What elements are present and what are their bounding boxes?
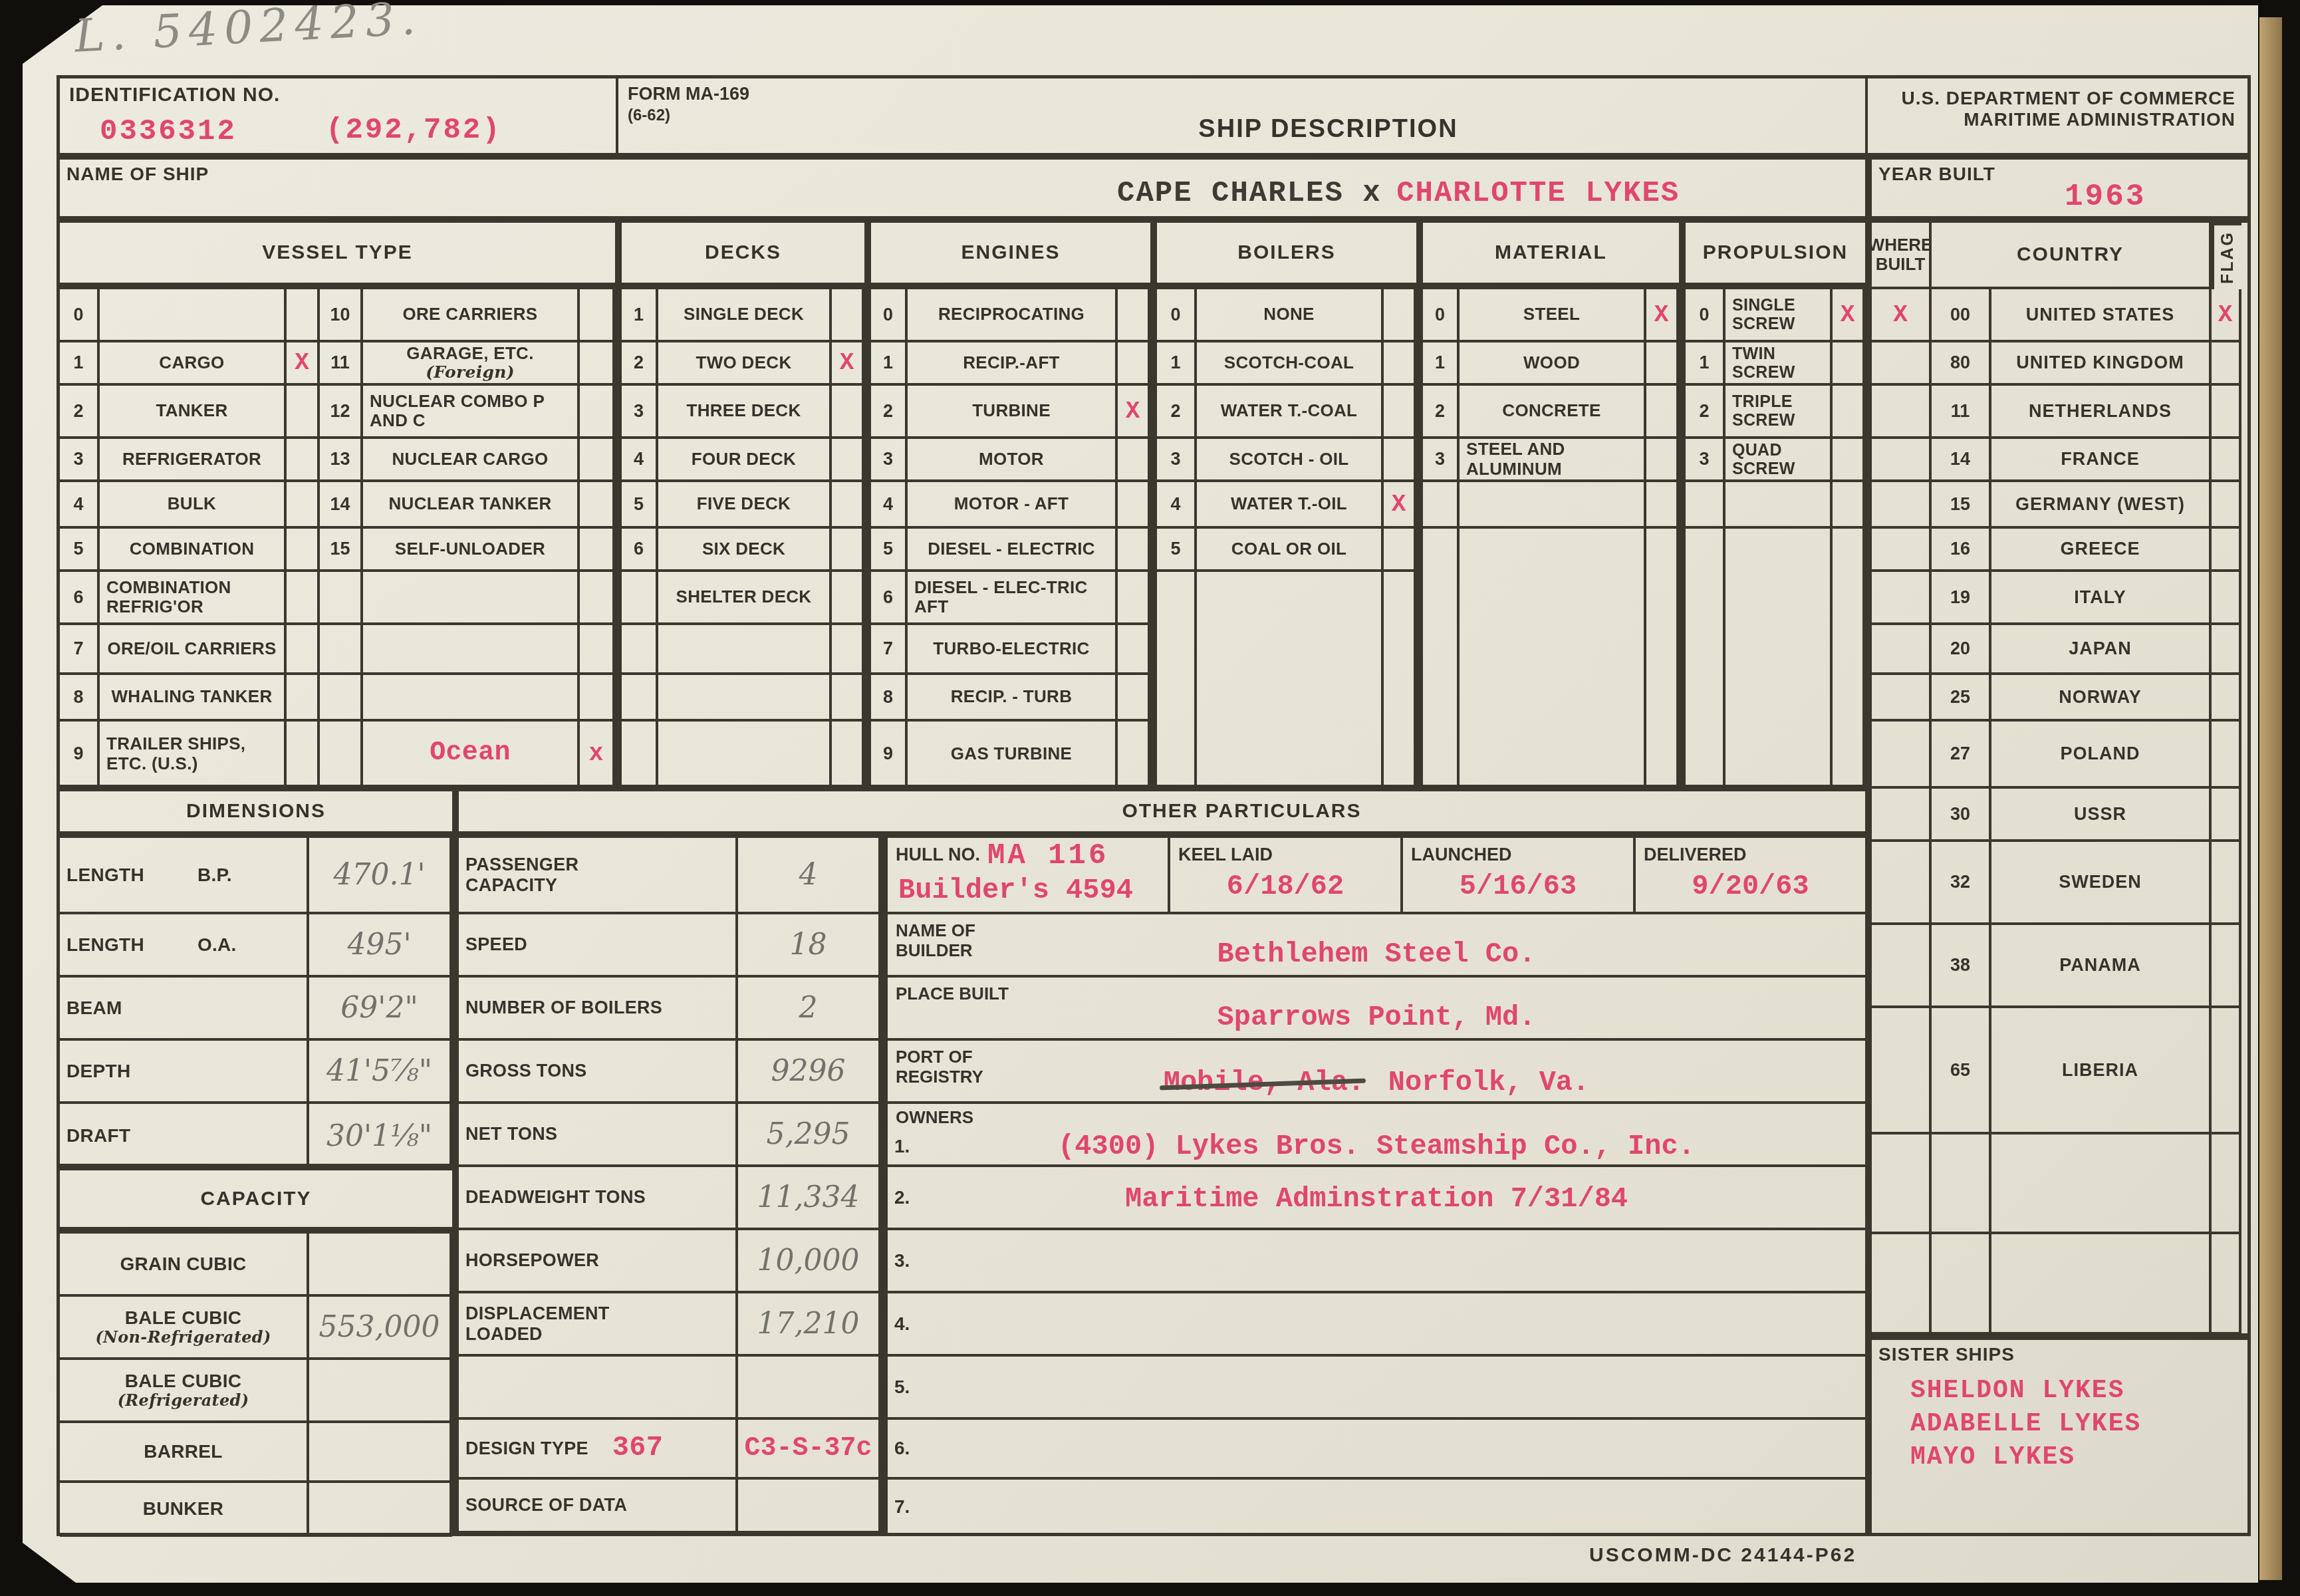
- country-block: WHERE BUILT COUNTRY FLAG X 00 UNITED STA…: [1868, 219, 2251, 1337]
- owner-row-5: 5.: [888, 1357, 1865, 1420]
- keel-laid-cell: KEEL LAID 6/18/62: [1170, 838, 1403, 912]
- vessel-label-2: ORE CARRIERS: [363, 289, 580, 342]
- owner-value-2: Maritime Adminstration 7/31/84: [888, 1183, 1865, 1215]
- flag-checkmark: [2212, 1008, 2241, 1134]
- boiler-checkmark: [1384, 342, 1416, 386]
- particular-value: 17,210: [738, 1293, 881, 1357]
- vessel-label-2: NUCLEAR CARGO: [363, 439, 580, 482]
- particular-label-text: DESIGN TYPE: [465, 1438, 588, 1458]
- material-checkmark: [1646, 529, 1679, 789]
- flag-checkmark: [2212, 386, 2241, 439]
- name-of-ship-label: NAME OF SHIP: [66, 164, 209, 185]
- deck-checkmark: [832, 289, 864, 342]
- particular-label-text: PASSENGER CAPACITY: [465, 855, 665, 894]
- engine-label: TURBO-ELECTRIC: [908, 625, 1118, 675]
- place-built-value: Sparrows Point, Md.: [888, 1001, 1865, 1033]
- flag-checkmark: [2212, 529, 2241, 572]
- vessel-code-2: 11: [320, 342, 363, 386]
- material-label: WOOD: [1460, 342, 1646, 386]
- dimension-label-text: DRAFT: [66, 1125, 130, 1146]
- where-built-checkmark: [1872, 572, 1932, 625]
- propulsion-checkmark: [1833, 439, 1865, 482]
- material-label: [1460, 482, 1646, 529]
- deck-checkmark: [832, 675, 864, 722]
- place-built-row: PLACE BUILT Sparrows Point, Md.: [888, 978, 1865, 1041]
- material-checkmark: [1646, 386, 1679, 439]
- where-built-checkmark: [1872, 625, 1932, 675]
- vessel-code-2: [320, 722, 363, 789]
- engine-code: 8: [871, 675, 908, 722]
- capacity-value: [309, 1483, 452, 1537]
- where-built-checkmark: [1872, 1008, 1932, 1134]
- engine-checkmark: [1118, 675, 1150, 722]
- vessel-code: 9: [60, 722, 100, 789]
- delivered-value: 9/20/63: [1636, 870, 1865, 902]
- country-code: 16: [1932, 529, 1991, 572]
- ship-name-black: CAPE CHARLES x: [1117, 177, 1382, 210]
- country-code: 15: [1932, 482, 1991, 529]
- port-registry-old: Mobile, Ala.: [1164, 1067, 1364, 1099]
- capacity-label-text: GRAIN CUBIC: [120, 1254, 247, 1274]
- particular-value: 9296: [738, 1041, 881, 1104]
- particular-value-hand: 18: [790, 928, 827, 962]
- capacity-label-text: BARREL: [144, 1441, 222, 1462]
- particular-label-text: GROSS TONS: [465, 1061, 587, 1081]
- flag-checkmark: [2212, 572, 2241, 625]
- vessel-code: 7: [60, 625, 100, 675]
- builder-row: NAME OF BUILDER Bethlehem Steel Co.: [888, 914, 1865, 978]
- vessel-label-2: NUCLEAR TANKER: [363, 482, 580, 529]
- propulsion-label: TRIPLE SCREW: [1725, 386, 1833, 439]
- vessel-code-2: [320, 572, 363, 625]
- propulsion-checkmark: [1833, 482, 1865, 529]
- engine-label: RECIP.-AFT: [908, 342, 1118, 386]
- deck-label: FOUR DECK: [658, 439, 832, 482]
- department-line1: U.S. DEPARTMENT OF COMMERCE: [1868, 88, 2236, 109]
- dimensions-header: DIMENSIONS: [57, 788, 455, 835]
- capacity-table: GRAIN CUBIC BALE CUBIC (Non-Refrigerated…: [57, 1230, 455, 1536]
- vessel-checkmark: [287, 722, 320, 789]
- country-name: FRANCE: [1991, 439, 2212, 482]
- dimension-label-text: DEPTH: [66, 1061, 130, 1081]
- where-built-checkmark: [1872, 789, 1932, 842]
- where-built-checkmark: [1872, 722, 1932, 789]
- material-code: 3: [1423, 439, 1460, 482]
- deck-checkmark: [832, 439, 864, 482]
- owner-row-3: 3.: [888, 1230, 1865, 1293]
- sister-ship-name: MAYO LYKES: [1910, 1441, 2141, 1474]
- capacity-value: [309, 1234, 452, 1297]
- particular-label-text: DISPLACEMENT LOADED: [465, 1303, 665, 1343]
- sister-ships-label: SISTER SHIPS: [1878, 1344, 2015, 1365]
- where-built-header: WHERE BUILT: [1872, 223, 1932, 289]
- flag-header: FLAG: [2212, 223, 2241, 289]
- flag-checkmark: [2212, 925, 2241, 1008]
- name-of-ship-cell: NAME OF SHIP CAPE CHARLES x CHARLOTTE LY…: [57, 156, 1868, 219]
- boiler-label: COAL OR OIL: [1197, 529, 1384, 572]
- where-built-checkmark: [1872, 842, 1932, 925]
- vessel-checkmark-2: [580, 439, 615, 482]
- particular-value: 11,334: [738, 1167, 881, 1230]
- material-header: MATERIAL: [1420, 219, 1682, 286]
- vessel-code: 5: [60, 529, 100, 572]
- propulsion-label: [1725, 529, 1833, 789]
- dimension-value: 41'5⅞": [309, 1041, 452, 1104]
- particular-label-red: 367: [612, 1432, 664, 1464]
- dimension-label-text: LENGTH: [66, 864, 144, 885]
- boiler-label: SCOTCH-COAL: [1197, 342, 1384, 386]
- country-name: ITALY: [1991, 572, 2212, 625]
- vessel-code: 8: [60, 675, 100, 722]
- form-title: SHIP DESCRIPTION: [618, 115, 1865, 144]
- propulsion-header: PROPULSION: [1682, 219, 1868, 286]
- deck-checkmark: [832, 529, 864, 572]
- country-code: 30: [1932, 789, 1991, 842]
- deck-checkmark: [832, 722, 864, 789]
- engine-checkmark: X: [1118, 386, 1150, 439]
- engine-code: 6: [871, 572, 908, 625]
- vessel-checkmark: [287, 289, 320, 342]
- owner-row-7: 7.: [888, 1480, 1865, 1533]
- particular-value-hand: 4: [799, 858, 818, 892]
- capacity-value: [309, 1360, 452, 1423]
- particular-label: DESIGN TYPE 367: [459, 1420, 738, 1480]
- vessel-label-2: [363, 625, 580, 675]
- flag-checkmark: [2212, 842, 2241, 925]
- particular-label: NET TONS: [459, 1104, 738, 1167]
- particular-value: [738, 1480, 881, 1533]
- card-stack-edge: [2259, 17, 2282, 1580]
- propulsion-label: [1725, 482, 1833, 529]
- material-code: [1423, 482, 1460, 529]
- port-registry-row: PORT OF REGISTRY Mobile, Ala. Norfolk, V…: [888, 1041, 1865, 1104]
- boiler-label: [1197, 572, 1384, 789]
- capacity-label-text: BUNKER: [143, 1498, 224, 1519]
- country-code: 19: [1932, 572, 1991, 625]
- vessel-code: 2: [60, 386, 100, 439]
- owner-num-3: 3.: [894, 1250, 910, 1271]
- boiler-checkmark: [1384, 572, 1416, 789]
- where-built-checkmark: [1872, 482, 1932, 529]
- sister-ships-box: SISTER SHIPS SHELDON LYKES ADABELLE LYKE…: [1868, 1337, 2251, 1536]
- dimension-label-text: LENGTH: [66, 934, 144, 955]
- particular-value-hand: 17,210: [757, 1307, 860, 1341]
- particular-label-text: NUMBER OF BOILERS: [465, 997, 662, 1017]
- particular-label: NUMBER OF BOILERS: [459, 978, 738, 1041]
- vessel-label: WHALING TANKER: [100, 675, 287, 722]
- engine-code: 7: [871, 625, 908, 675]
- header-band: IDENTIFICATION NO. 0336312 (292,782) FOR…: [57, 75, 2251, 156]
- vessel-red-note: Ocean: [430, 739, 511, 769]
- vessel-label: REFRIGERATOR: [100, 439, 287, 482]
- particular-label-text: SPEED: [465, 934, 527, 954]
- dimension-value: 495': [309, 914, 452, 978]
- boiler-code: [1157, 572, 1197, 789]
- launched-cell: LAUNCHED 5/16/63: [1403, 838, 1636, 912]
- identification-label: IDENTIFICATION NO.: [69, 84, 280, 106]
- dimension-label: BEAM: [60, 978, 309, 1041]
- vessel-code: 3: [60, 439, 100, 482]
- particular-value: 4: [738, 838, 881, 914]
- deck-code: [622, 675, 658, 722]
- boiler-checkmark: [1384, 439, 1416, 482]
- propulsion-table: 0 SINGLE SCREW X 1 TWIN SCREW 2 TRIPLE S…: [1682, 286, 1868, 788]
- where-built-checkmark: [1872, 439, 1932, 482]
- year-built-label: YEAR BUILT: [1878, 164, 1995, 185]
- material-code: [1423, 529, 1460, 789]
- where-built-checkmark: [1872, 675, 1932, 722]
- vessel-checkmark: [287, 675, 320, 722]
- particular-label-text: DEADWEIGHT TONS: [465, 1187, 646, 1207]
- dimension-value: 470.1': [309, 838, 452, 914]
- year-built-cell: YEAR BUILT 1963: [1868, 156, 2251, 219]
- where-built-checkmark: [1872, 386, 1932, 439]
- owner-row-1: OWNERS 1. (4300) Lykes Bros. Steamship C…: [888, 1104, 1865, 1167]
- material-checkmark: X: [1646, 289, 1679, 342]
- where-built-checkmark: [1872, 1134, 1932, 1234]
- vessel-checkmark: [287, 439, 320, 482]
- particular-label: GROSS TONS: [459, 1041, 738, 1104]
- propulsion-label: TWIN SCREW: [1725, 342, 1833, 386]
- vessel-checkmark-2: [580, 386, 615, 439]
- deck-checkmark: [832, 482, 864, 529]
- boiler-checkmark: [1384, 386, 1416, 439]
- flag-checkmark: [2212, 439, 2241, 482]
- engine-checkmark: [1118, 625, 1150, 675]
- owner-num-4: 4.: [894, 1313, 910, 1335]
- identification-cell: IDENTIFICATION NO. 0336312 (292,782): [60, 78, 618, 153]
- ship-name-value: CAPE CHARLES x CHARLOTTE LYKES: [1117, 177, 1680, 210]
- deck-label: TWO DECK: [658, 342, 832, 386]
- hull-dates-cells: HULL NO. MA 116 Builder's 4594 KEEL LAID…: [888, 838, 1865, 912]
- propulsion-code: [1686, 482, 1725, 529]
- country-code: [1932, 1134, 1991, 1234]
- where-built-checkmark: [1872, 342, 1932, 386]
- vessel-code-2: 13: [320, 439, 363, 482]
- capacity-label: BARREL: [60, 1423, 309, 1483]
- engine-label: RECIP. - TURB: [908, 675, 1118, 722]
- engine-code: 0: [871, 289, 908, 342]
- propulsion-code: 2: [1686, 386, 1725, 439]
- particular-value: C3-S-37c: [738, 1420, 881, 1480]
- particular-label-text: HORSEPOWER: [465, 1250, 599, 1270]
- hull-no-cell: HULL NO. MA 116 Builder's 4594: [888, 838, 1170, 912]
- particulars-mid-table: PASSENGER CAPACITY 4 SPEED 18 NUMBER OF …: [455, 835, 884, 1536]
- country-name: UNITED STATES: [1991, 289, 2212, 342]
- dimension-value: 30'1⅛": [309, 1104, 452, 1170]
- country-name: [1991, 1234, 2212, 1335]
- owners-label: OWNERS: [896, 1108, 1015, 1128]
- vessel-checkmark: [287, 529, 320, 572]
- dimension-label: DEPTH: [60, 1041, 309, 1104]
- identification-value: 0336312: [100, 115, 237, 148]
- boiler-code: 4: [1157, 482, 1197, 529]
- vessel-label-2-text: NUCLEAR TANKER: [389, 494, 552, 513]
- vessel-type-table: 0 10 ORE CARRIERS 1 CARGO X 11 GARAGE, E…: [57, 286, 618, 788]
- material-checkmark: [1646, 439, 1679, 482]
- vessel-code-2: 14: [320, 482, 363, 529]
- vessel-label: ORE/OIL CARRIERS: [100, 625, 287, 675]
- particular-value-hand: 11,334: [757, 1180, 860, 1214]
- launched-label: LAUNCHED: [1411, 845, 1512, 865]
- deck-code: 2: [622, 342, 658, 386]
- where-built-checkmark: [1872, 1234, 1932, 1335]
- country-name: GREECE: [1991, 529, 2212, 572]
- deck-code: [622, 722, 658, 789]
- boiler-code: 0: [1157, 289, 1197, 342]
- vessel-checkmark: [287, 482, 320, 529]
- particular-value: 2: [738, 978, 881, 1041]
- deck-label: FIVE DECK: [658, 482, 832, 529]
- propulsion-label: QUAD SCREW: [1725, 439, 1833, 482]
- country-name: NORWAY: [1991, 675, 2212, 722]
- country-code: 11: [1932, 386, 1991, 439]
- engine-checkmark: [1118, 342, 1150, 386]
- engine-label: RECIPROCATING: [908, 289, 1118, 342]
- vessel-code: 6: [60, 572, 100, 625]
- vessel-label-2: [363, 572, 580, 625]
- vessel-code: 0: [60, 289, 100, 342]
- year-built-value: 1963: [2065, 180, 2146, 214]
- engines-table: 0 RECIPROCATING 1 RECIP.-AFT 2 TURBINE X…: [868, 286, 1154, 788]
- particular-value: 5,295: [738, 1104, 881, 1167]
- vessel-code-2: [320, 625, 363, 675]
- deck-code: 5: [622, 482, 658, 529]
- vessel-label-2-text: ORE CARRIERS: [403, 305, 538, 324]
- vessel-checkmark: [287, 625, 320, 675]
- deck-code: 1: [622, 289, 658, 342]
- capacity-label-text: BALE CUBIC: [125, 1371, 242, 1391]
- deck-label: [658, 722, 832, 789]
- propulsion-checkmark: [1833, 342, 1865, 386]
- hull-no-value: MA 116: [987, 839, 1108, 872]
- vessel-checkmark: [287, 386, 320, 439]
- capacity-label-sub: (Non-Refrigerated): [95, 1329, 271, 1347]
- vessel-label-2-text: SELF-UNLOADER: [395, 539, 545, 559]
- owner-row-2: 2. Maritime Adminstration 7/31/84: [888, 1167, 1865, 1230]
- country-name: LIBERIA: [1991, 1008, 2212, 1134]
- deck-code: 6: [622, 529, 658, 572]
- ship-description-form-scan: L. 5402423. IDENTIFICATION NO. 0336312 (…: [0, 0, 2300, 1596]
- dimension-label-tag: B.P.: [197, 864, 232, 885]
- capacity-label: BUNKER: [60, 1483, 309, 1537]
- country-name: NETHERLANDS: [1991, 386, 2212, 439]
- vessel-code: 1: [60, 342, 100, 386]
- boiler-checkmark: [1384, 289, 1416, 342]
- dimensions-table: LENGTH B.P. 470.1' LENGTH O.A. 495' BEAM…: [57, 835, 455, 1167]
- country-code: 27: [1932, 722, 1991, 789]
- where-built-checkmark: [1872, 925, 1932, 1008]
- footer-print-code: USCOMM-DC 24144-P62: [1589, 1544, 1856, 1567]
- capacity-label: BALE CUBIC (Refrigerated): [60, 1360, 309, 1423]
- flag-checkmark: [2212, 722, 2241, 789]
- deck-label: [658, 625, 832, 675]
- flag-checkmark: X: [2212, 289, 2241, 342]
- port-registry-value: Mobile, Ala. Norfolk, Va.: [888, 1065, 1865, 1099]
- propulsion-code: 0: [1686, 289, 1725, 342]
- engine-checkmark: [1118, 529, 1150, 572]
- vessel-checkmark-2: x: [580, 722, 615, 789]
- deck-code: 4: [622, 439, 658, 482]
- keel-laid-label: KEEL LAID: [1178, 845, 1273, 865]
- country-name: JAPAN: [1991, 625, 2212, 675]
- dimension-label: DRAFT: [60, 1104, 309, 1170]
- particular-label: SPEED: [459, 914, 738, 978]
- country-header: COUNTRY: [1932, 223, 2212, 289]
- vessel-code-2: 10: [320, 289, 363, 342]
- where-built-checkmark: X: [1872, 289, 1932, 342]
- capacity-value: 553,000: [309, 1297, 452, 1360]
- material-table: 0 STEEL X 1 WOOD 2 CONCRETE 3 STEEL AND …: [1420, 286, 1682, 788]
- vessel-label: TRAILER SHIPS, ETC. (U.S.): [100, 722, 287, 789]
- vessel-checkmark-2: [580, 675, 615, 722]
- dimension-label: LENGTH B.P.: [60, 838, 309, 914]
- material-checkmark: [1646, 342, 1679, 386]
- particular-value-hand: 10,000: [757, 1244, 860, 1277]
- boiler-code: 3: [1157, 439, 1197, 482]
- launched-value: 5/16/63: [1403, 870, 1633, 902]
- country-name: USSR: [1991, 789, 2212, 842]
- country-code: 38: [1932, 925, 1991, 1008]
- deck-label: SIX DECK: [658, 529, 832, 572]
- engine-label: DIESEL - ELECTRIC: [908, 529, 1118, 572]
- owner-value-1: (4300) Lykes Bros. Steamship Co., Inc.: [888, 1130, 1865, 1162]
- vessel-code-2: [320, 675, 363, 722]
- other-particulars-header: OTHER PARTICULARS: [455, 788, 1868, 835]
- identification-value-2: (292,782): [326, 114, 502, 147]
- engine-code: 9: [871, 722, 908, 789]
- deck-checkmark: [832, 572, 864, 625]
- boiler-label: WATER T.-COAL: [1197, 386, 1384, 439]
- boilers-table: 0 NONE 1 SCOTCH-COAL 2 WATER T.-COAL 3 S…: [1154, 286, 1420, 788]
- engine-code: 2: [871, 386, 908, 439]
- vessel-label: CARGO: [100, 342, 287, 386]
- vessel-label-2-sub: (Foreign): [426, 363, 515, 382]
- dimension-value: 69'2": [309, 978, 452, 1041]
- delivered-cell: DELIVERED 9/20/63: [1636, 838, 1865, 912]
- keel-laid-value: 6/18/62: [1170, 870, 1400, 902]
- builder-value: Bethlehem Steel Co.: [888, 938, 1865, 970]
- propulsion-label: SINGLE SCREW: [1725, 289, 1833, 342]
- vessel-label: COMBINATION: [100, 529, 287, 572]
- particular-label: SOURCE OF DATA: [459, 1480, 738, 1533]
- material-label: CONCRETE: [1460, 386, 1646, 439]
- particular-label: [459, 1357, 738, 1420]
- vessel-label: COMBINATION REFRIG'OR: [100, 572, 287, 625]
- country-name: SWEDEN: [1991, 842, 2212, 925]
- vessel-code-2: 15: [320, 529, 363, 572]
- flag-checkmark: [2212, 1234, 2241, 1335]
- decks-table: 1 SINGLE DECK 2 TWO DECK X 3 THREE DECK …: [618, 286, 868, 788]
- deck-label: THREE DECK: [658, 386, 832, 439]
- engine-code: 4: [871, 482, 908, 529]
- country-name: POLAND: [1991, 722, 2212, 789]
- engine-code: 3: [871, 439, 908, 482]
- deck-code: 3: [622, 386, 658, 439]
- engine-code: 1: [871, 342, 908, 386]
- particular-value-hand: 2: [799, 991, 818, 1025]
- engine-code: 5: [871, 529, 908, 572]
- deck-code: [622, 572, 658, 625]
- material-code: 0: [1423, 289, 1460, 342]
- deck-label: [658, 675, 832, 722]
- vessel-code: 4: [60, 482, 100, 529]
- country-code: 80: [1932, 342, 1991, 386]
- vessel-checkmark-2: [580, 482, 615, 529]
- vessel-checkmark-2: [580, 572, 615, 625]
- propulsion-checkmark: [1833, 529, 1865, 789]
- flag-checkmark: [2212, 675, 2241, 722]
